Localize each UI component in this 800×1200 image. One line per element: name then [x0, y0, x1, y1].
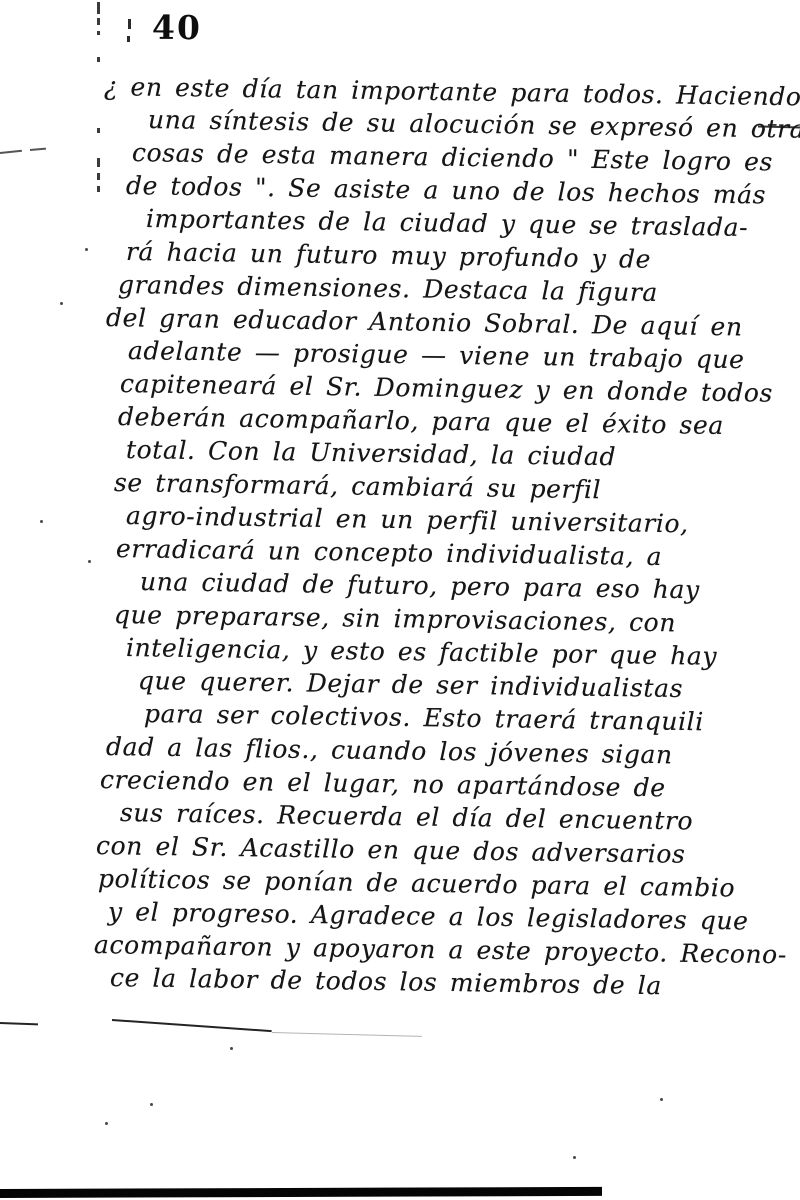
manuscript-line: de todos ". Se asiste a uno de los hecho… — [126, 171, 767, 209]
scan-speck — [150, 1103, 153, 1106]
scan-speck — [88, 560, 91, 563]
manuscript-line: agro-industrial en un perfil universitar… — [126, 501, 689, 538]
manuscript-line: para ser colectivos. Esto traerá tranqui… — [144, 699, 704, 736]
scan-speck — [60, 302, 63, 305]
manuscript-line: adelante — prosigue — viene un trabajo q… — [128, 336, 745, 374]
scan-speck — [40, 520, 43, 523]
manuscript-line: capiteneará el Sr. Dominguez y en donde … — [120, 369, 773, 408]
manuscript-line: ce la labor de todos los miembros de la — [110, 963, 662, 1000]
manuscript-line: total. Con la Universidad, la ciudad — [126, 435, 617, 471]
manuscript-line: sus raíces. Recuerda el día del encuentr… — [120, 798, 694, 836]
manuscript-line: se transformará, cambiará su perfil — [114, 468, 602, 504]
manuscript-line: rá hacia un futuro muy profundo y de — [126, 237, 651, 274]
manuscript-line: deberán acompañarlo, para que el éxito s… — [118, 402, 724, 440]
scan-speck — [573, 1156, 576, 1159]
manuscript-line: importantes de la ciudad y que se trasla… — [146, 204, 749, 242]
scanned-manuscript-page: 40 ¿ en este día tan importante para tod… — [0, 0, 800, 1200]
manuscript-line: grandes dimensiones. Destaca la figura — [118, 270, 658, 307]
scan-speck — [105, 1122, 108, 1125]
scan-speck — [660, 1098, 663, 1101]
scan-speck — [85, 248, 88, 251]
manuscript-line: que querer. Dejar de ser individualistas — [138, 666, 683, 703]
manuscript-line: dad a las flios., cuando los jóvenes sig… — [106, 732, 673, 769]
manuscript-line: con el Sr. Acastillo en que dos adversar… — [96, 831, 686, 869]
manuscript-line: creciendo en el lugar, no apartándose de — [100, 765, 666, 802]
manuscript-line: del gran educador Antonio Sobral. De aqu… — [106, 303, 743, 341]
manuscript-line: erradicará un concepto individualista, a — [116, 534, 663, 571]
scan-speck — [230, 1047, 233, 1050]
manuscript-line: y el progreso. Agradece a los legislador… — [108, 897, 749, 936]
manuscript-line: cosas de esta manera diciendo " Este log… — [132, 138, 773, 177]
manuscript-line: una ciudad de futuro, pero para eso hay — [140, 567, 700, 604]
manuscript-line: que prepararse, sin improvisaciones, con — [114, 600, 676, 637]
manuscript-line: políticos se ponían de acuerdo para el c… — [98, 864, 736, 902]
manuscript-line: una síntesis de su alocución se expresó … — [148, 105, 800, 144]
manuscript-line: inteligencia, y esto es factible por que… — [126, 633, 718, 671]
